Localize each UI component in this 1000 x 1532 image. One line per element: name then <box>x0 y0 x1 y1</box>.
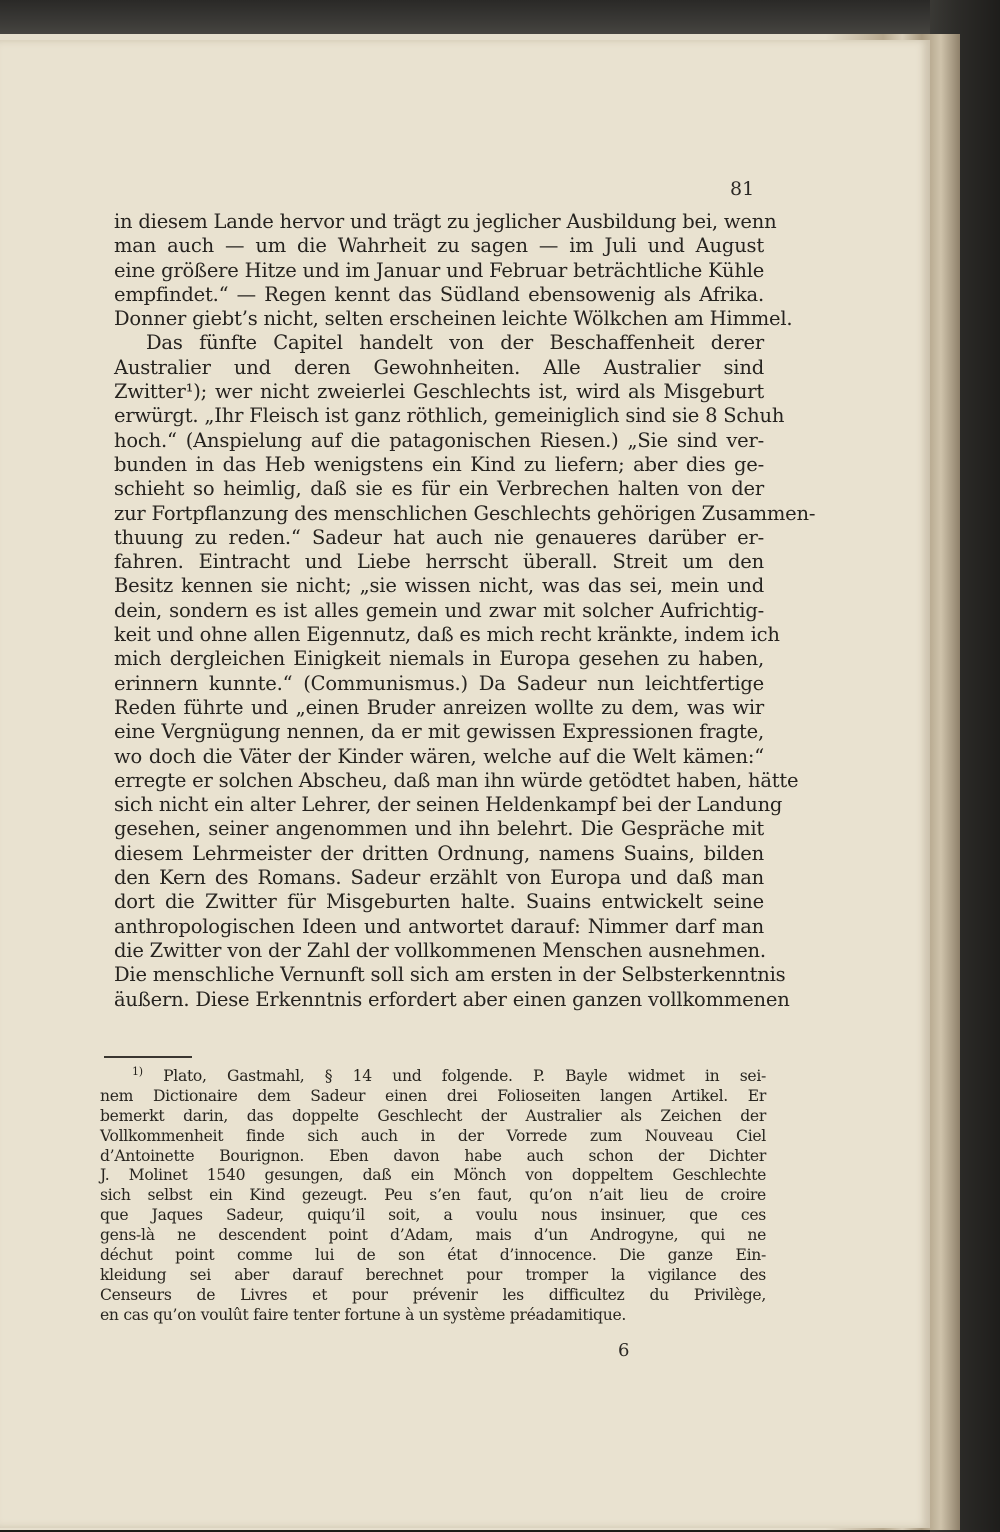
text-line: anthropologischen Ideen und antwortet da… <box>114 915 764 939</box>
text-line: diesem Lehrmeister der dritten Ordnung, … <box>114 842 764 866</box>
text-line: eine größere Hitze und im Januar und Feb… <box>114 259 764 283</box>
text-line: eine Vergnügung nennen, da er mit gewiss… <box>114 720 764 744</box>
footnote-line: sich selbst ein Kind gezeugt. Peu s’en f… <box>100 1186 766 1206</box>
text-line: mich dergleichen Einigkeit niemals in Eu… <box>114 647 764 671</box>
text-line: Besitz kennen sie nicht; „sie wissen nic… <box>114 574 764 598</box>
text-line: hoch.“ (Anspielung auf die patagonischen… <box>114 429 764 453</box>
text-line: den Kern des Romans. Sadeur erzählt von … <box>114 866 764 890</box>
text-line: keit und ohne allen Eigennutz, daß es mi… <box>114 623 764 647</box>
text-line: wo doch die Väter der Kinder wären, welc… <box>114 745 764 769</box>
page-number: 81 <box>730 178 754 200</box>
footnote-block: 1) Plato, Gastmahl, § 14 und folgende. P… <box>100 1067 766 1326</box>
text-line: fahren. Eintracht und Liebe herrscht übe… <box>114 550 764 574</box>
text-line: Die menschliche Vernunft soll sich am er… <box>114 963 764 987</box>
text-line: dein, sondern es ist alles gemein und zw… <box>114 599 764 623</box>
footnote-line: en cas qu’on voulût faire tenter fortune… <box>100 1306 766 1326</box>
footnote-text: Plato, Gastmahl, § 14 und folgende. P. B… <box>163 1067 766 1085</box>
footnote-line: d’Antoinette Bourignon. Eben davon habe … <box>100 1147 766 1167</box>
text-line: erregte er solchen Abscheu, daß man ihn … <box>114 769 764 793</box>
signature-mark: 6 <box>618 1340 629 1361</box>
footnote-line: J. Molinet 1540 gesungen, daß ein Mönch … <box>100 1166 766 1186</box>
text-line: man auch — um die Wahrheit zu sagen — im… <box>114 234 764 258</box>
text-line: schieht so heimlig, daß sie es für ein V… <box>114 477 764 501</box>
footnote-line: nem Dictionaire dem Sadeur einen drei Fo… <box>100 1087 766 1107</box>
footnote-line: bemerkt darin, das doppelte Geschlecht d… <box>100 1107 766 1127</box>
footnote-line: gens-là ne descendent point d’Adam, mais… <box>100 1226 766 1246</box>
text-line: gesehen, seiner angenommen und ihn beleh… <box>114 817 764 841</box>
footnote-divider <box>104 1056 192 1058</box>
text-line: zur Fortpflanzung des menschlichen Gesch… <box>114 502 764 526</box>
footnote-line: que Jaques Sadeur, quiqu’il soit, a voul… <box>100 1206 766 1226</box>
text-line: die Zwitter von der Zahl der vollkommene… <box>114 939 764 963</box>
text-line: Donner giebt’s nicht, selten erscheinen … <box>114 307 764 331</box>
paragraph-start-line: Das fünfte Capitel handelt von der Besch… <box>114 331 764 355</box>
text-line: äußern. Diese Erkenntnis erfordert aber … <box>114 988 764 1012</box>
text-line: sich nicht ein alter Lehrer, der seinen … <box>114 793 764 817</box>
text-line: thuung zu reden.“ Sadeur hat auch nie ge… <box>114 526 764 550</box>
text-line: Reden führte und „einen Bruder anreizen … <box>114 696 764 720</box>
footnote-line: déchut point comme lui de son état d’inn… <box>100 1246 766 1266</box>
text-line: erinnern kunnte.“ (Communismus.) Da Sade… <box>114 672 764 696</box>
footnote-line: Vollkommenheit finde sich auch in der Vo… <box>100 1127 766 1147</box>
text-line: erwürgt. „Ihr Fleisch ist ganz röthlich,… <box>114 404 764 428</box>
footnote-marker: 1) <box>132 1065 143 1078</box>
footnote-line: kleidung sei aber darauf berechnet pour … <box>100 1266 766 1286</box>
text-line: in diesem Lande hervor und trägt zu jegl… <box>114 210 764 234</box>
main-text-block: in diesem Lande hervor und trägt zu jegl… <box>114 210 764 1012</box>
text-line: dort die Zwitter für Misgeburten halte. … <box>114 890 764 914</box>
footnote-first-line: 1) Plato, Gastmahl, § 14 und folgende. P… <box>100 1067 766 1087</box>
text-line: Zwitter¹); wer nicht zweierlei Geschlech… <box>114 380 764 404</box>
text-line: Australier und deren Gewohnheiten. Alle … <box>114 356 764 380</box>
text-line: bunden in das Heb wenigstens ein Kind zu… <box>114 453 764 477</box>
book-cover-top <box>0 0 1000 38</box>
footnote-line: Censeurs de Livres et pour prévenir les … <box>100 1286 766 1306</box>
text-line: empfindet.“ — Regen kennt das Südland eb… <box>114 283 764 307</box>
